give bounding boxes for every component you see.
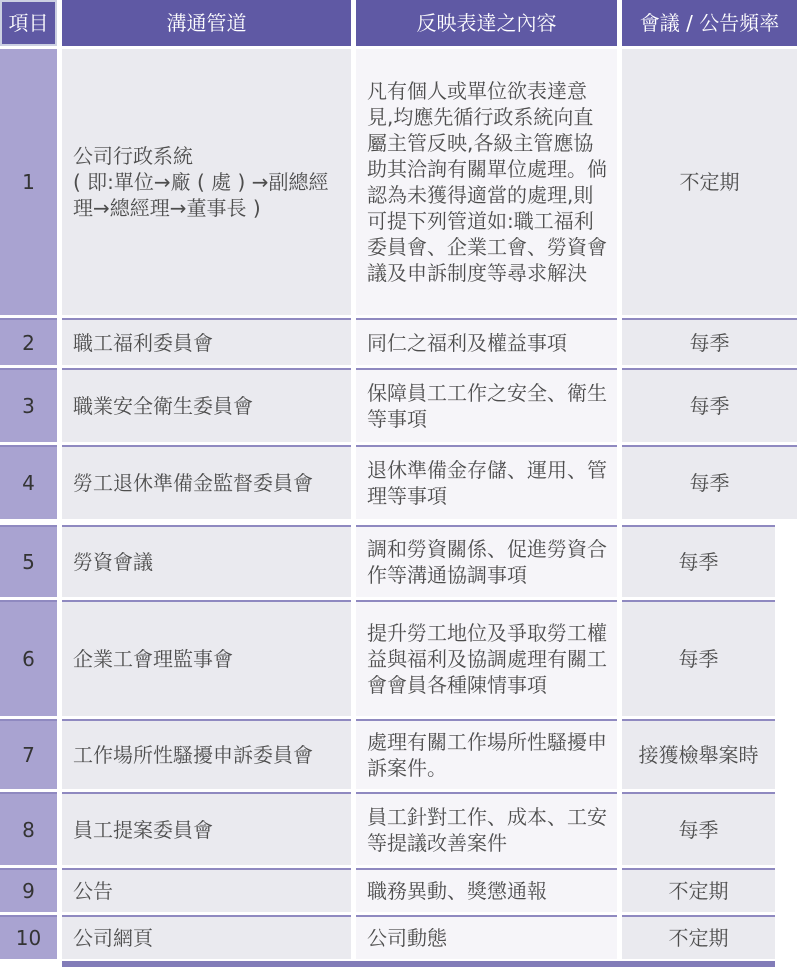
channel-cell: 公告 xyxy=(62,868,351,912)
table-row: 9 公告 職務異動、獎懲通報 不定期 xyxy=(0,868,775,912)
frequency-cell: 每季 xyxy=(622,318,797,365)
item-number: 10 xyxy=(0,915,57,959)
channel-cell: 職業安全衛生委員會 xyxy=(62,368,351,442)
content-cell: 公司動態 xyxy=(356,915,617,959)
header-content: 反映表達之內容 xyxy=(356,0,617,46)
content-cell: 同仁之福利及權益事項 xyxy=(356,318,617,365)
channel-cell: 公司網頁 xyxy=(62,915,351,959)
table-row: 6 企業工會理監事會 提升勞工地位及爭取勞工權益與福利及協調處理有關工會會員各種… xyxy=(0,600,775,716)
item-number: 5 xyxy=(0,525,57,597)
table-row: 10 公司網頁 公司動態 不定期 xyxy=(0,915,775,959)
frequency-cell: 每季 xyxy=(622,792,775,865)
table-row: 2 職工福利委員會 同仁之福利及權益事項 每季 xyxy=(0,318,797,365)
item-number: 4 xyxy=(0,445,57,519)
table-segment-2: 5 勞資會議 調和勞資關係、促進勞資合作等溝通協調事項 每季 6 企業工會理監事… xyxy=(0,525,775,959)
content-cell: 處理有關工作場所性騷擾申訴案件。 xyxy=(356,719,617,789)
item-number: 7 xyxy=(0,719,57,789)
channel-cell: 公司行政系統 ( 即:單位→廠 ( 處 ) →副總經理→總經理→董事長 ) xyxy=(62,49,351,315)
item-number: 9 xyxy=(0,868,57,912)
channel-cell: 員工提案委員會 xyxy=(62,792,351,865)
header-frequency: 會議 / 公告頻率 xyxy=(622,0,797,46)
table-bottom-border xyxy=(62,961,775,967)
table-header-row: 項目 溝通管道 反映表達之內容 會議 / 公告頻率 xyxy=(0,0,797,46)
channel-cell: 勞資會議 xyxy=(62,525,351,597)
table-row: 1 公司行政系統 ( 即:單位→廠 ( 處 ) →副總經理→總經理→董事長 ) … xyxy=(0,49,797,315)
table-row: 3 職業安全衛生委員會 保障員工工作之安全、衛生等事項 每季 xyxy=(0,368,797,442)
communication-channels-table: 項目 溝通管道 反映表達之內容 會議 / 公告頻率 1 公司行政系統 ( 即:單… xyxy=(0,0,797,967)
channel-cell: 勞工退休準備金監督委員會 xyxy=(62,445,351,519)
item-number: 2 xyxy=(0,318,57,365)
frequency-cell: 每季 xyxy=(622,525,775,597)
content-cell: 凡有個人或單位欲表達意見,均應先循行政系統向直屬主管反映,各級主管應協助其洽詢有… xyxy=(356,49,617,315)
content-cell: 調和勞資關係、促進勞資合作等溝通協調事項 xyxy=(356,525,617,597)
frequency-cell: 接獲檢舉案時 xyxy=(622,719,775,789)
channel-cell: 工作場所性騷擾申訴委員會 xyxy=(62,719,351,789)
header-channel: 溝通管道 xyxy=(62,0,351,46)
table-row: 8 員工提案委員會 員工針對工作、成本、工安等提議改善案件 每季 xyxy=(0,792,775,865)
table-row: 7 工作場所性騷擾申訴委員會 處理有關工作場所性騷擾申訴案件。 接獲檢舉案時 xyxy=(0,719,775,789)
table-segment-1: 項目 溝通管道 反映表達之內容 會議 / 公告頻率 1 公司行政系統 ( 即:單… xyxy=(0,0,797,519)
item-number: 8 xyxy=(0,792,57,865)
content-cell: 提升勞工地位及爭取勞工權益與福利及協調處理有關工會會員各種陳情事項 xyxy=(356,600,617,716)
channel-cell: 職工福利委員會 xyxy=(62,318,351,365)
frequency-cell: 不定期 xyxy=(622,49,797,315)
frequency-cell: 不定期 xyxy=(622,915,775,959)
item-number: 1 xyxy=(0,49,57,315)
channel-cell: 企業工會理監事會 xyxy=(62,600,351,716)
content-cell: 員工針對工作、成本、工安等提議改善案件 xyxy=(356,792,617,865)
table-row: 5 勞資會議 調和勞資關係、促進勞資合作等溝通協調事項 每季 xyxy=(0,525,775,597)
content-cell: 保障員工工作之安全、衛生等事項 xyxy=(356,368,617,442)
content-cell: 退休準備金存儲、運用、管理等事項 xyxy=(356,445,617,519)
frequency-cell: 每季 xyxy=(622,368,797,442)
item-number: 6 xyxy=(0,600,57,716)
frequency-cell: 每季 xyxy=(622,445,797,519)
frequency-cell: 每季 xyxy=(622,600,775,716)
header-item: 項目 xyxy=(0,0,57,46)
item-number: 3 xyxy=(0,368,57,442)
table-row: 4 勞工退休準備金監督委員會 退休準備金存儲、運用、管理等事項 每季 xyxy=(0,445,797,519)
frequency-cell: 不定期 xyxy=(622,868,775,912)
content-cell: 職務異動、獎懲通報 xyxy=(356,868,617,912)
